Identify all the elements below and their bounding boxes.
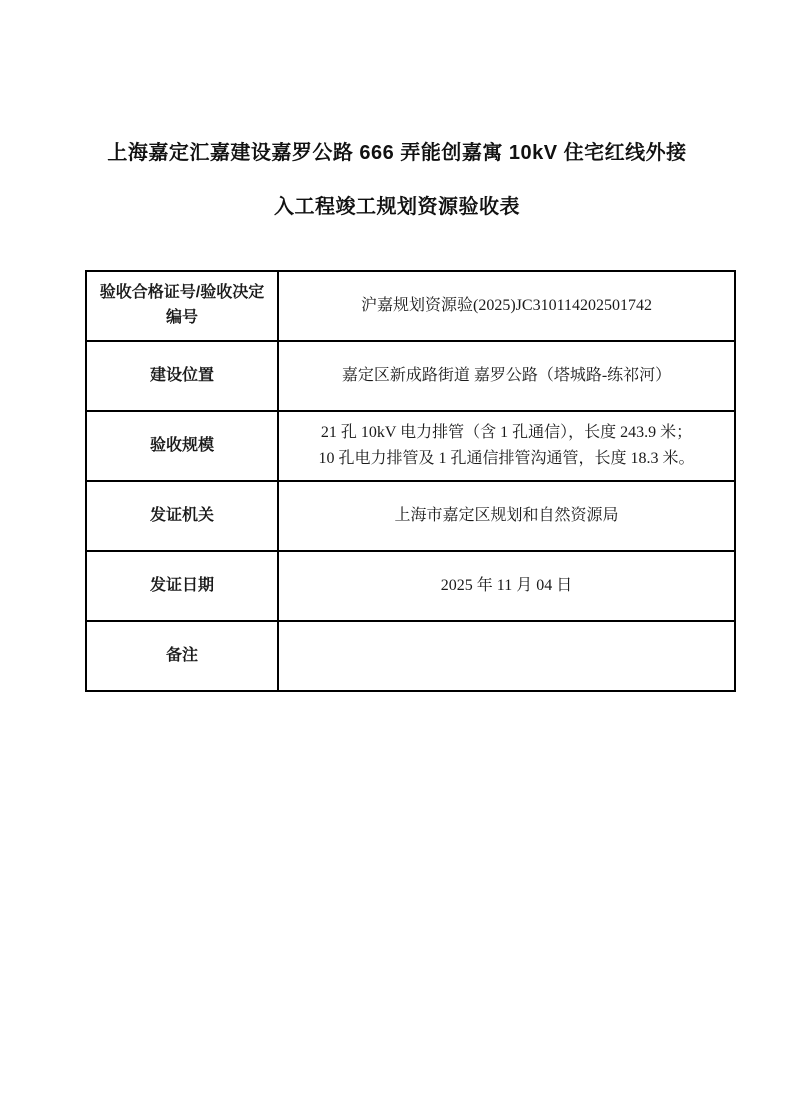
table-row-remarks: 备注: [86, 621, 735, 691]
row-label-certificate-number: 验收合格证号/验收决定编号: [86, 271, 278, 341]
row-label-remarks: 备注: [86, 621, 278, 691]
row-label-issue-date: 发证日期: [86, 551, 278, 621]
row-label-construction-location: 建设位置: [86, 341, 278, 411]
row-value-certificate-number: 沪嘉规划资源验(2025)JC310114202501742: [278, 271, 735, 341]
table-row-certificate-number: 验收合格证号/验收决定编号 沪嘉规划资源验(2025)JC31011420250…: [86, 271, 735, 341]
row-value-remarks: [278, 621, 735, 691]
acceptance-info-table: 验收合格证号/验收决定编号 沪嘉规划资源验(2025)JC31011420250…: [85, 270, 736, 692]
document-page: 上海嘉定汇嘉建设嘉罗公路 666 弄能创嘉寓 10kV 住宅红线外接 入工程竣工…: [0, 0, 794, 1108]
title-line-1: 上海嘉定汇嘉建设嘉罗公路 666 弄能创嘉寓 10kV 住宅红线外接: [0, 126, 794, 180]
table-row-issuing-authority: 发证机关 上海市嘉定区规划和自然资源局: [86, 481, 735, 551]
row-value-issue-date: 2025 年 11 月 04 日: [278, 551, 735, 621]
row-value-acceptance-scale: 21 孔 10kV 电力排管（含 1 孔通信），长度 243.9 米； 10 孔…: [278, 411, 735, 481]
row-value-construction-location: 嘉定区新成路街道 嘉罗公路（塔城路-练祁河）: [278, 341, 735, 411]
row-label-acceptance-scale: 验收规模: [86, 411, 278, 481]
acceptance-scale-line-2: 10 孔电力排管及 1 孔通信排管沟通管，长度 18.3 米。: [318, 450, 694, 467]
table-row-construction-location: 建设位置 嘉定区新成路街道 嘉罗公路（塔城路-练祁河）: [86, 341, 735, 411]
table-row-issue-date: 发证日期 2025 年 11 月 04 日: [86, 551, 735, 621]
table-row-acceptance-scale: 验收规模 21 孔 10kV 电力排管（含 1 孔通信），长度 243.9 米；…: [86, 411, 735, 481]
document-title: 上海嘉定汇嘉建设嘉罗公路 666 弄能创嘉寓 10kV 住宅红线外接 入工程竣工…: [0, 0, 794, 234]
acceptance-scale-line-1: 21 孔 10kV 电力排管（含 1 孔通信），长度 243.9 米；: [321, 424, 692, 441]
row-value-issuing-authority: 上海市嘉定区规划和自然资源局: [278, 481, 735, 551]
row-label-issuing-authority: 发证机关: [86, 481, 278, 551]
title-line-2: 入工程竣工规划资源验收表: [0, 180, 794, 234]
